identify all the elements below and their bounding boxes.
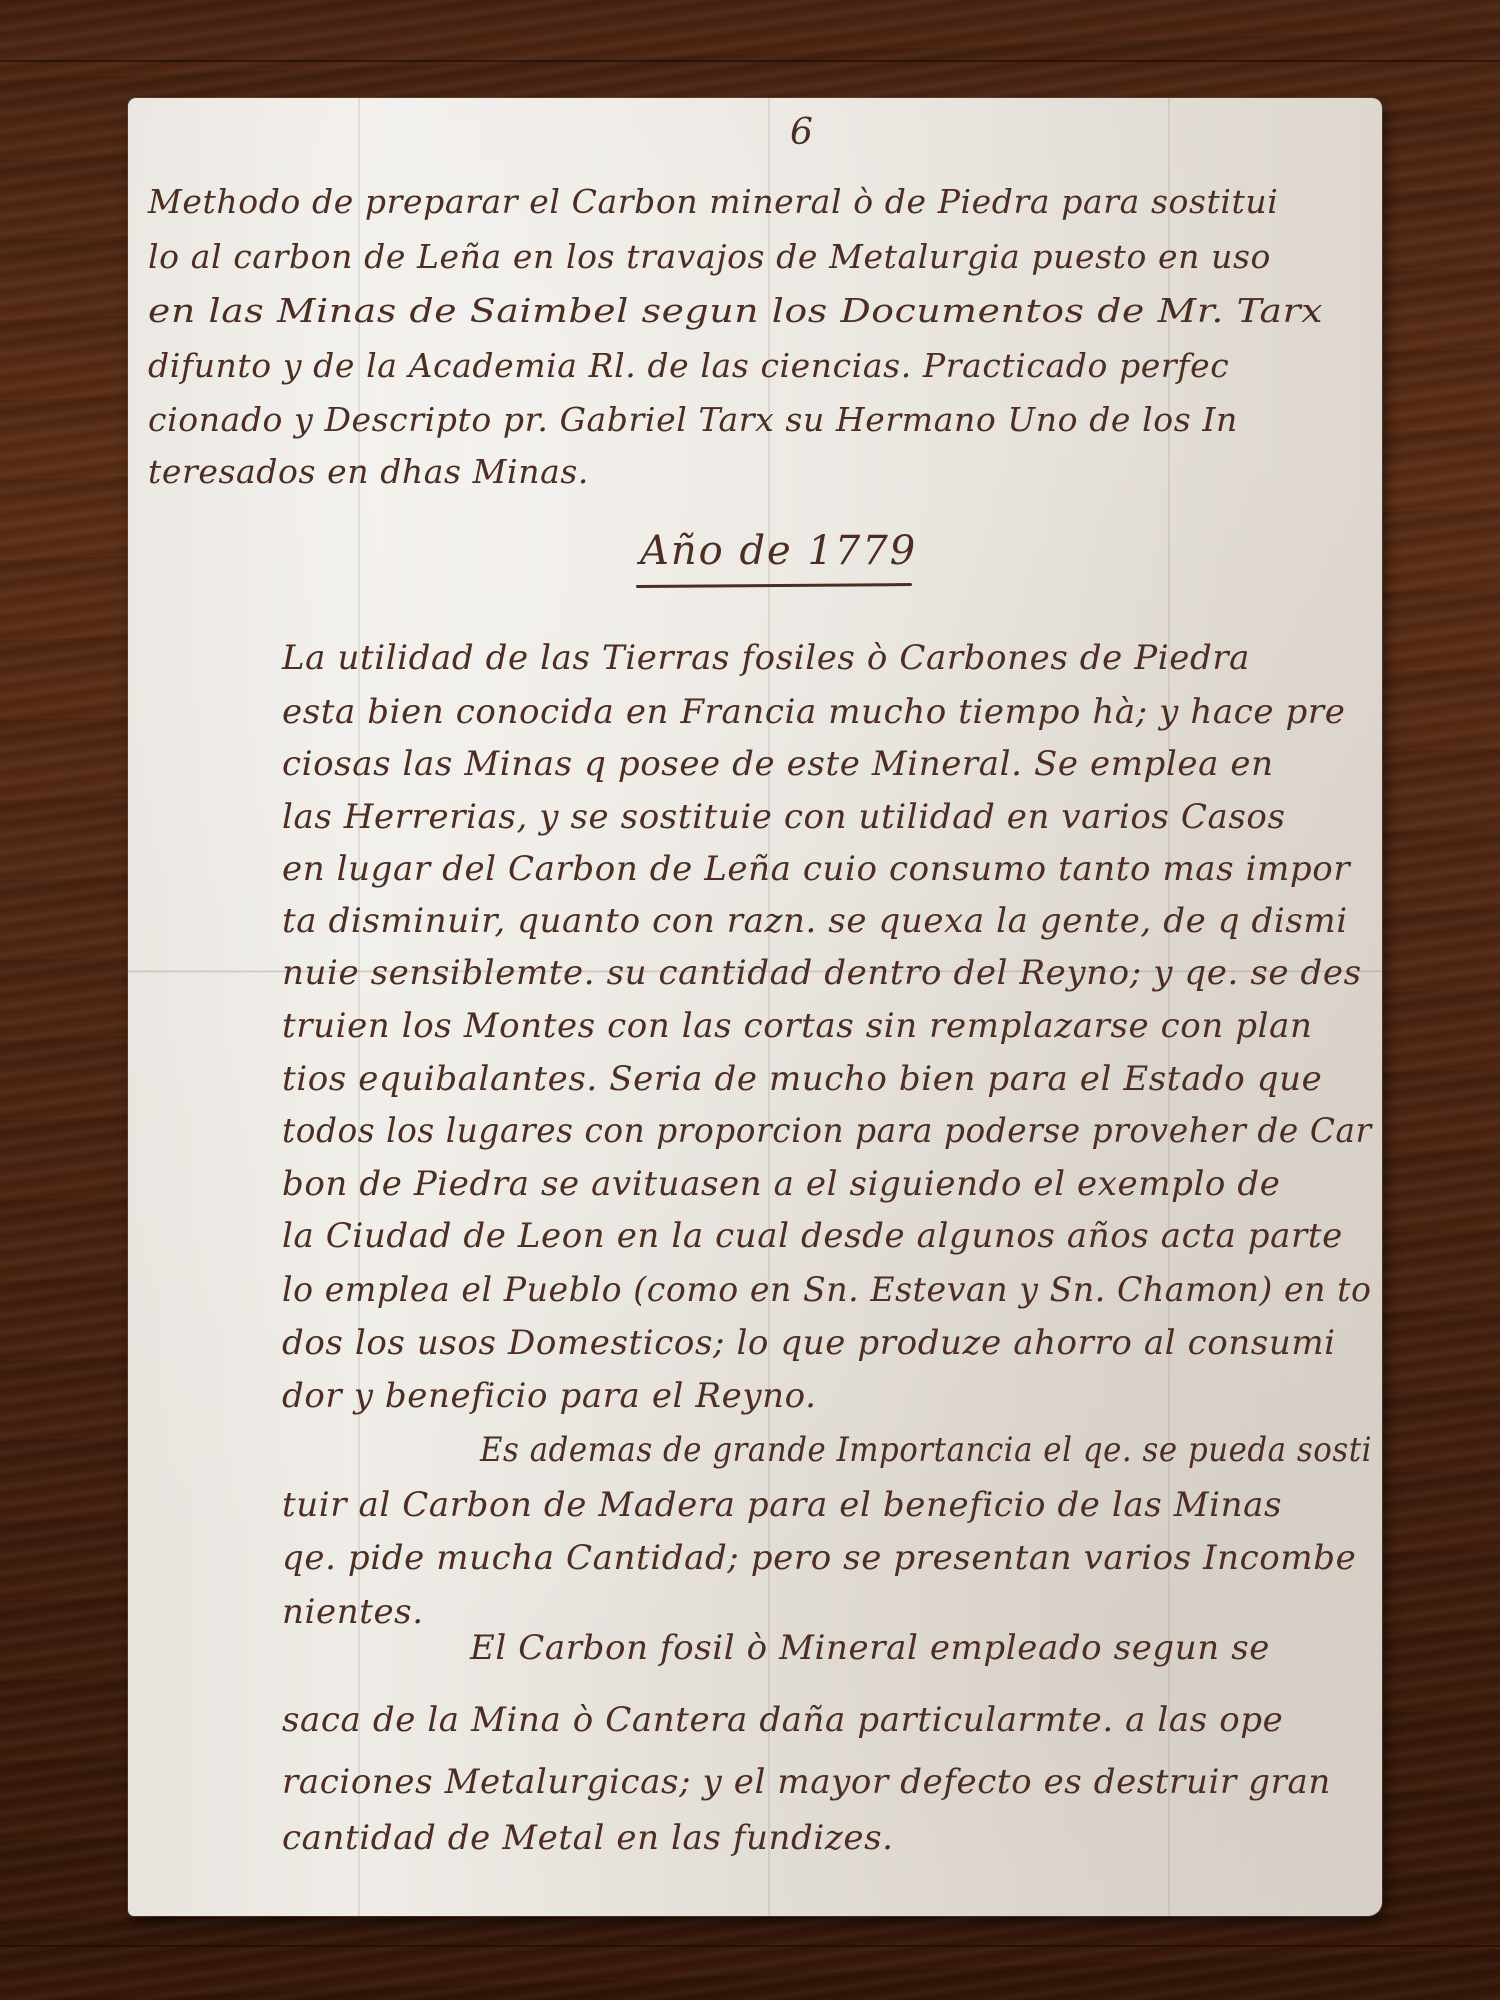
body-line: qe. pide mucha Cantidad; pero se present…: [282, 1538, 1356, 1578]
page-number-mark: 6: [790, 112, 813, 153]
body-line: Es ademas de grande Importancia el qe. s…: [480, 1430, 1372, 1470]
body-line: las Herrerias, y se sostituie con utilid…: [282, 797, 1286, 837]
body-line: lo emplea el Pueblo (como en Sn. Estevan…: [282, 1270, 1372, 1310]
body-line: bon de Piedra se avituasen a el siguiend…: [282, 1164, 1281, 1204]
body-line: ta disminuir, quanto con razn. se quexa …: [282, 901, 1348, 941]
wood-plank-seam: [0, 60, 1500, 62]
title-line: lo al carbon de Leña en los travajos de …: [148, 237, 1271, 276]
body-line: en lugar del Carbon de Leña cuio consumo…: [282, 849, 1350, 889]
body-line: El Carbon fosil ò Mineral empleado segun…: [470, 1628, 1270, 1668]
body-line: nuie sensiblemte. su cantidad dentro del…: [282, 953, 1362, 993]
body-line: dor y beneficio para el Reyno.: [282, 1376, 817, 1416]
body-line: esta bien conocida en Francia mucho tiem…: [282, 692, 1345, 732]
title-line: Methodo de preparar el Carbon mineral ò …: [148, 182, 1278, 221]
title-line: en las Minas de Saimbel segun los Docume…: [148, 291, 1323, 330]
body-line: dos los usos Domesticos; lo que produze …: [282, 1323, 1336, 1363]
wood-plank-seam: [0, 1945, 1500, 1947]
body-line: tios equibalantes. Seria de mucho bien p…: [282, 1059, 1322, 1099]
body-line: cantidad de Metal en las fundizes.: [282, 1818, 894, 1858]
body-line: la Ciudad de Leon en la cual desde algun…: [282, 1216, 1343, 1256]
body-line: raciones Metalurgicas; y el mayor defect…: [282, 1762, 1331, 1802]
body-line: La utilidad de las Tierras fosiles ò Car…: [282, 638, 1250, 678]
body-line: nientes.: [282, 1592, 424, 1632]
body-line: truien los Montes con las cortas sin rem…: [282, 1006, 1313, 1046]
body-line: tuir al Carbon de Madera para el benefic…: [282, 1485, 1282, 1525]
body-line: todos los lugares con proporcion para po…: [282, 1111, 1372, 1151]
title-line: difunto y de la Academia Rl. de las cien…: [148, 346, 1229, 385]
title-line: teresados en dhas Minas.: [148, 452, 589, 491]
year-heading: Año de 1779: [640, 528, 917, 574]
title-line: cionado y Descripto pr. Gabriel Tarx su …: [148, 400, 1238, 439]
body-line: ciosas las Minas q posee de este Mineral…: [282, 744, 1274, 784]
body-line: saca de la Mina ò Cantera daña particula…: [282, 1700, 1283, 1740]
